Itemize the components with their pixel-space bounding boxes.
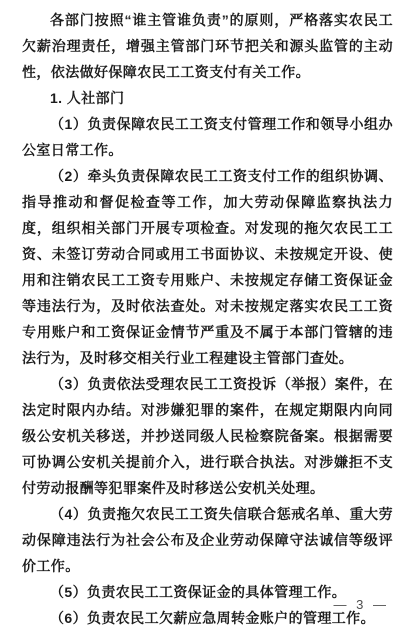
document-body: 各部门按照“谁主管谁负责”的原则，严格落实农民工欠薪治理责任，增强主管部门环节把… — [22, 7, 393, 627]
item-3-paragraph: （3）负责依法受理农民工工资投诉（举报）案件，在法定时限内办结。对涉嫌犯罪的案件… — [22, 371, 393, 501]
page-number: — 3 — — [334, 598, 389, 612]
item-2-paragraph: （2）牵头负责保障农民工工资支付工作的组织协调、指导推动和督促检查等工作，加大劳… — [22, 163, 393, 371]
section-1-heading: 1. 人社部门 — [22, 85, 393, 111]
intro-paragraph: 各部门按照“谁主管谁负责”的原则，严格落实农民工欠薪治理责任，增强主管部门环节把… — [22, 7, 393, 85]
document-page: 各部门按照“谁主管谁负责”的原则，严格落实农民工欠薪治理责任，增强主管部门环节把… — [0, 0, 414, 627]
item-4-paragraph: （4）负责拖欠农民工工资失信联合惩戒名单、重大劳动保障违法行为社会公布及企业劳动… — [22, 501, 393, 579]
item-1-paragraph: （1）负责保障农民工工资支付管理工作和领导小组办公室日常工作。 — [22, 111, 393, 163]
